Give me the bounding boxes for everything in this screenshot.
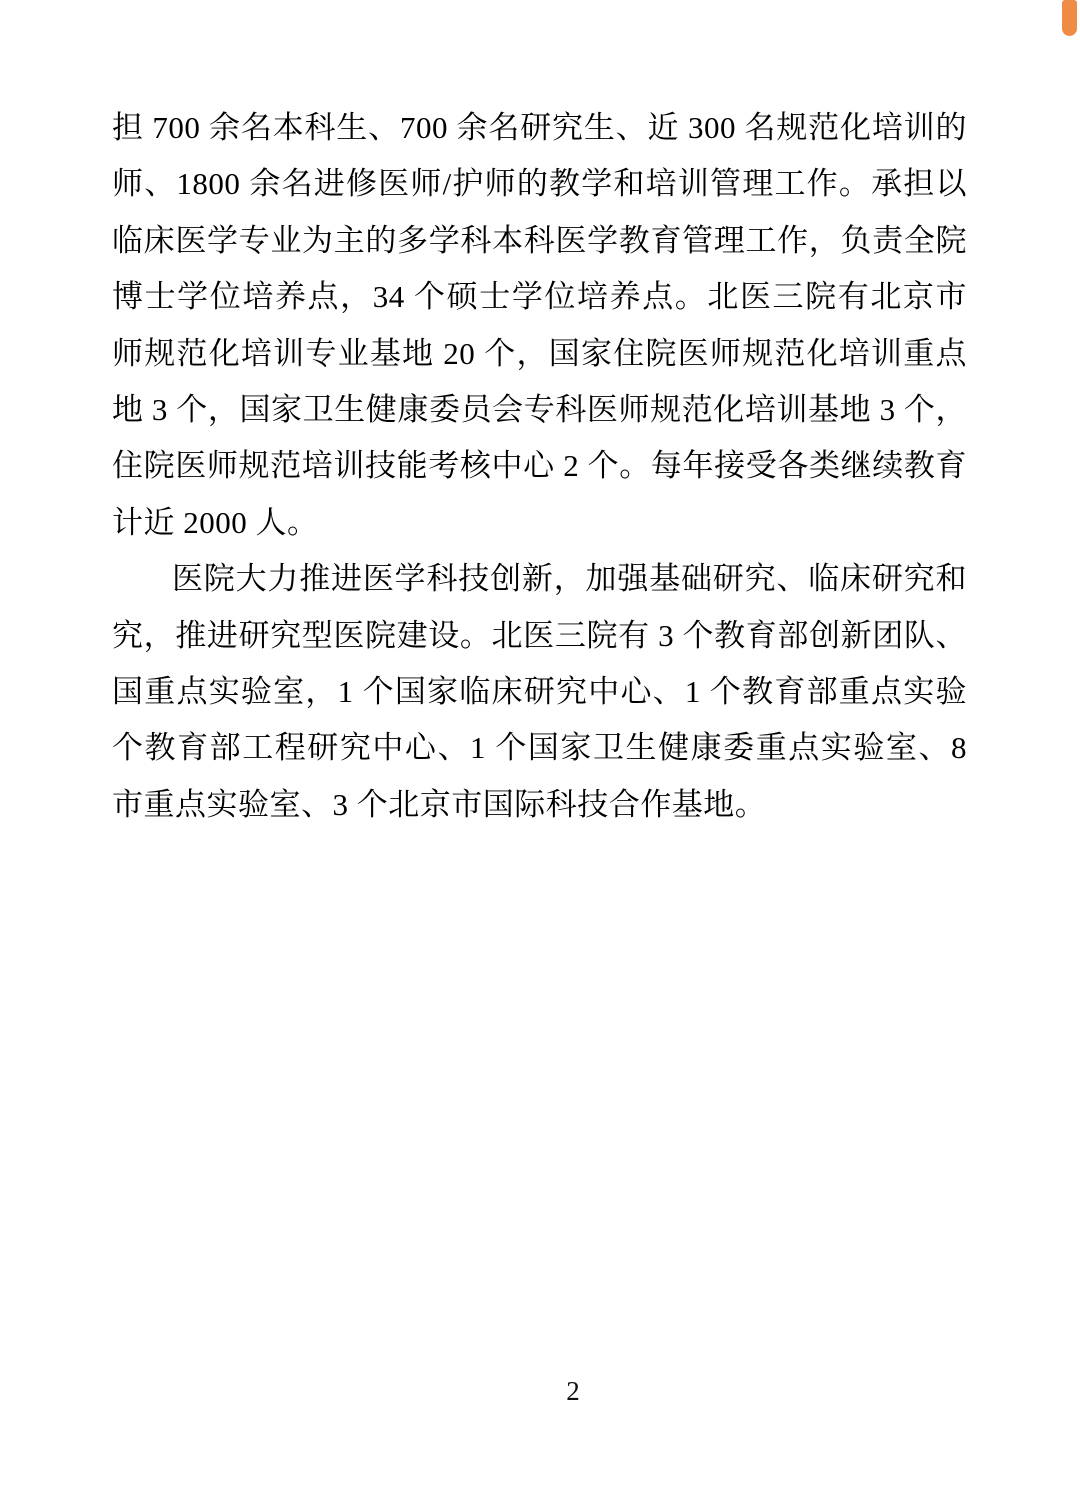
text-line: 临床医学专业为主的多学科本科医学教育管理工作，负责全院 32 个: [112, 213, 967, 269]
text-line: 担 700 余名本科生、700 余名研究生、近 300 名规范化培训的住院医: [112, 100, 967, 156]
text-line: 国重点实验室，1 个国家临床研究中心、1 个教育部重点实验室、2: [112, 664, 967, 720]
text-line: 师规范化培训专业基地 20 个，国家住院医师规范化培训重点专业基: [112, 326, 967, 382]
text-line: 究，推进研究型医院建设。北医三院有 3 个教育部创新团队、2 个全: [112, 608, 967, 664]
text-line: 地 3 个，国家卫生健康委员会专科医师规范化培训基地 3 个，北京市: [112, 382, 967, 438]
text-line: 市重点实验室、3 个北京市国际科技合作基地。: [112, 777, 967, 833]
text-line: 计近 2000 人。: [112, 495, 967, 551]
scrollbar-thumb[interactable]: [1062, 0, 1077, 36]
text-line: 医院大力推进医学科技创新，加强基础研究、临床研究和转化研: [112, 551, 967, 607]
text-line: 博士学位培养点，34 个硕士学位培养点。北医三院有北京市住院医: [112, 269, 967, 325]
page-number: 2: [566, 1376, 580, 1406]
text-line: 师、1800 余名进修医师/护师的教学和培训管理工作。承担以八年制: [112, 156, 967, 212]
body-text: 担 700 余名本科生、700 余名研究生、近 300 名规范化培训的住院医师、…: [112, 100, 967, 833]
document-page: 担 700 余名本科生、700 余名研究生、近 300 名规范化培训的住院医师、…: [0, 0, 1080, 1496]
text-line: 住院医师规范培训技能考核中心 2 个。每年接受各类继续教育学员总: [112, 438, 967, 494]
text-line: 个教育部工程研究中心、1 个国家卫生健康委重点实验室、8 个北京: [112, 720, 967, 776]
